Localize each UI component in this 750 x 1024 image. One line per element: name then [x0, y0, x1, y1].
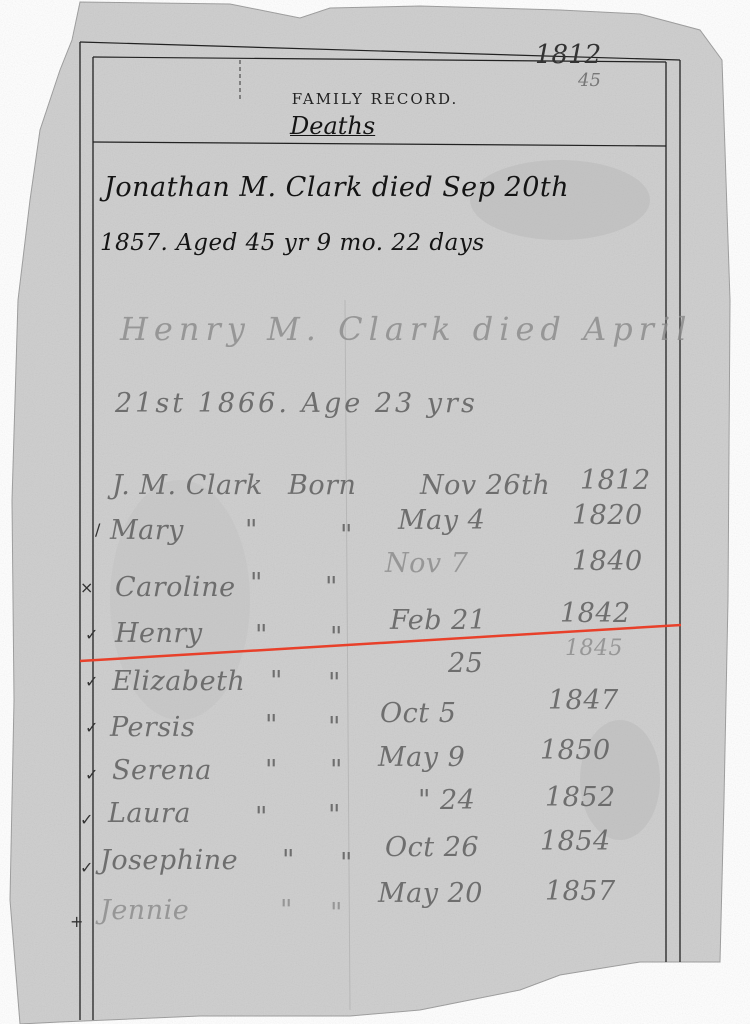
ditto-mark: "	[270, 666, 283, 697]
ditto-mark: "	[330, 755, 343, 786]
birth-name: Henry	[115, 618, 203, 649]
ditto-mark: "	[340, 848, 353, 879]
birth-name: J. M. Clark	[112, 470, 263, 501]
ditto-mark: "	[280, 895, 293, 926]
birth-date: Feb 21	[390, 605, 486, 636]
ditto-mark: "	[255, 802, 268, 833]
birth-name: Elizabeth	[112, 666, 245, 697]
ditto-mark: "	[255, 620, 268, 651]
x-mark: ×	[80, 578, 93, 597]
birth-date: 25	[448, 648, 483, 679]
corner-note-year: 1812	[535, 40, 601, 70]
birth-date: May 4	[398, 505, 485, 536]
ditto-mark: "	[328, 668, 341, 699]
death-entry-1-line2: 1857. Aged 45 yr 9 mo. 22 days	[100, 230, 485, 256]
birth-year: 1854	[540, 826, 611, 857]
ditto-mark: "	[325, 572, 338, 603]
death-entry-2-line1: Henry M. Clark died April	[120, 310, 692, 348]
birth-date: Oct 26	[385, 832, 479, 863]
birth-year: 1857	[545, 876, 616, 907]
birth-name: Josephine	[100, 845, 238, 876]
birth-date: Oct 5	[380, 698, 456, 729]
ditto-mark: "	[265, 755, 278, 786]
plus-mark: +	[70, 912, 83, 931]
birth-name: Serena	[112, 755, 212, 786]
printed-title: FAMILY RECORD.	[0, 90, 750, 108]
birth-year: 1842	[560, 598, 631, 629]
birth-name: Persis	[110, 712, 195, 743]
check-mark: ✓	[80, 858, 93, 877]
birth-name: Mary	[110, 515, 184, 546]
birth-year: 1847	[548, 685, 619, 716]
birth-name: Laura	[108, 798, 191, 829]
birth-born-label: Born	[288, 470, 356, 501]
birth-year: 1845	[565, 636, 623, 661]
ditto-mark: "	[330, 622, 343, 653]
ditto-mark: "	[328, 800, 341, 831]
birth-year: 1840	[572, 546, 643, 577]
birth-date: " 24	[418, 785, 475, 816]
death-entry-2-line2: 21st 1866. Age 23 yrs	[115, 388, 478, 419]
corner-note-number: 45	[578, 70, 601, 91]
document-page: FAMILY RECORD. Deaths 1812 45 Jonathan M…	[0, 0, 750, 1024]
birth-date: May 20	[378, 878, 483, 909]
birth-date: Nov 26th	[420, 470, 550, 501]
section-heading: Deaths	[290, 112, 375, 140]
birth-name: Jennie	[100, 895, 189, 926]
birth-date: Nov 7	[385, 548, 468, 579]
ditto-mark: "	[265, 710, 278, 741]
ditto-mark: "	[245, 515, 258, 546]
death-entry-1-line1: Jonathan M. Clark died Sep 20th	[104, 172, 569, 203]
ditto-mark: "	[282, 845, 295, 876]
check-mark: ✓	[85, 672, 98, 691]
birth-year: 1850	[540, 735, 611, 766]
check-mark: ✓	[80, 810, 93, 829]
ditto-mark: "	[250, 568, 263, 599]
birth-year: 1852	[545, 782, 616, 813]
ditto-mark: "	[330, 898, 343, 929]
check-mark: ✓	[85, 718, 98, 737]
birth-year: 1820	[572, 500, 643, 531]
check-mark: /	[95, 520, 100, 539]
birth-date: May 9	[378, 742, 465, 773]
check-mark: ✓	[85, 765, 98, 784]
ditto-mark: "	[340, 520, 353, 551]
birth-year: 1812	[580, 465, 651, 496]
check-mark: ✓	[85, 625, 98, 644]
ditto-mark: "	[328, 712, 341, 743]
birth-name: Caroline	[115, 572, 236, 603]
